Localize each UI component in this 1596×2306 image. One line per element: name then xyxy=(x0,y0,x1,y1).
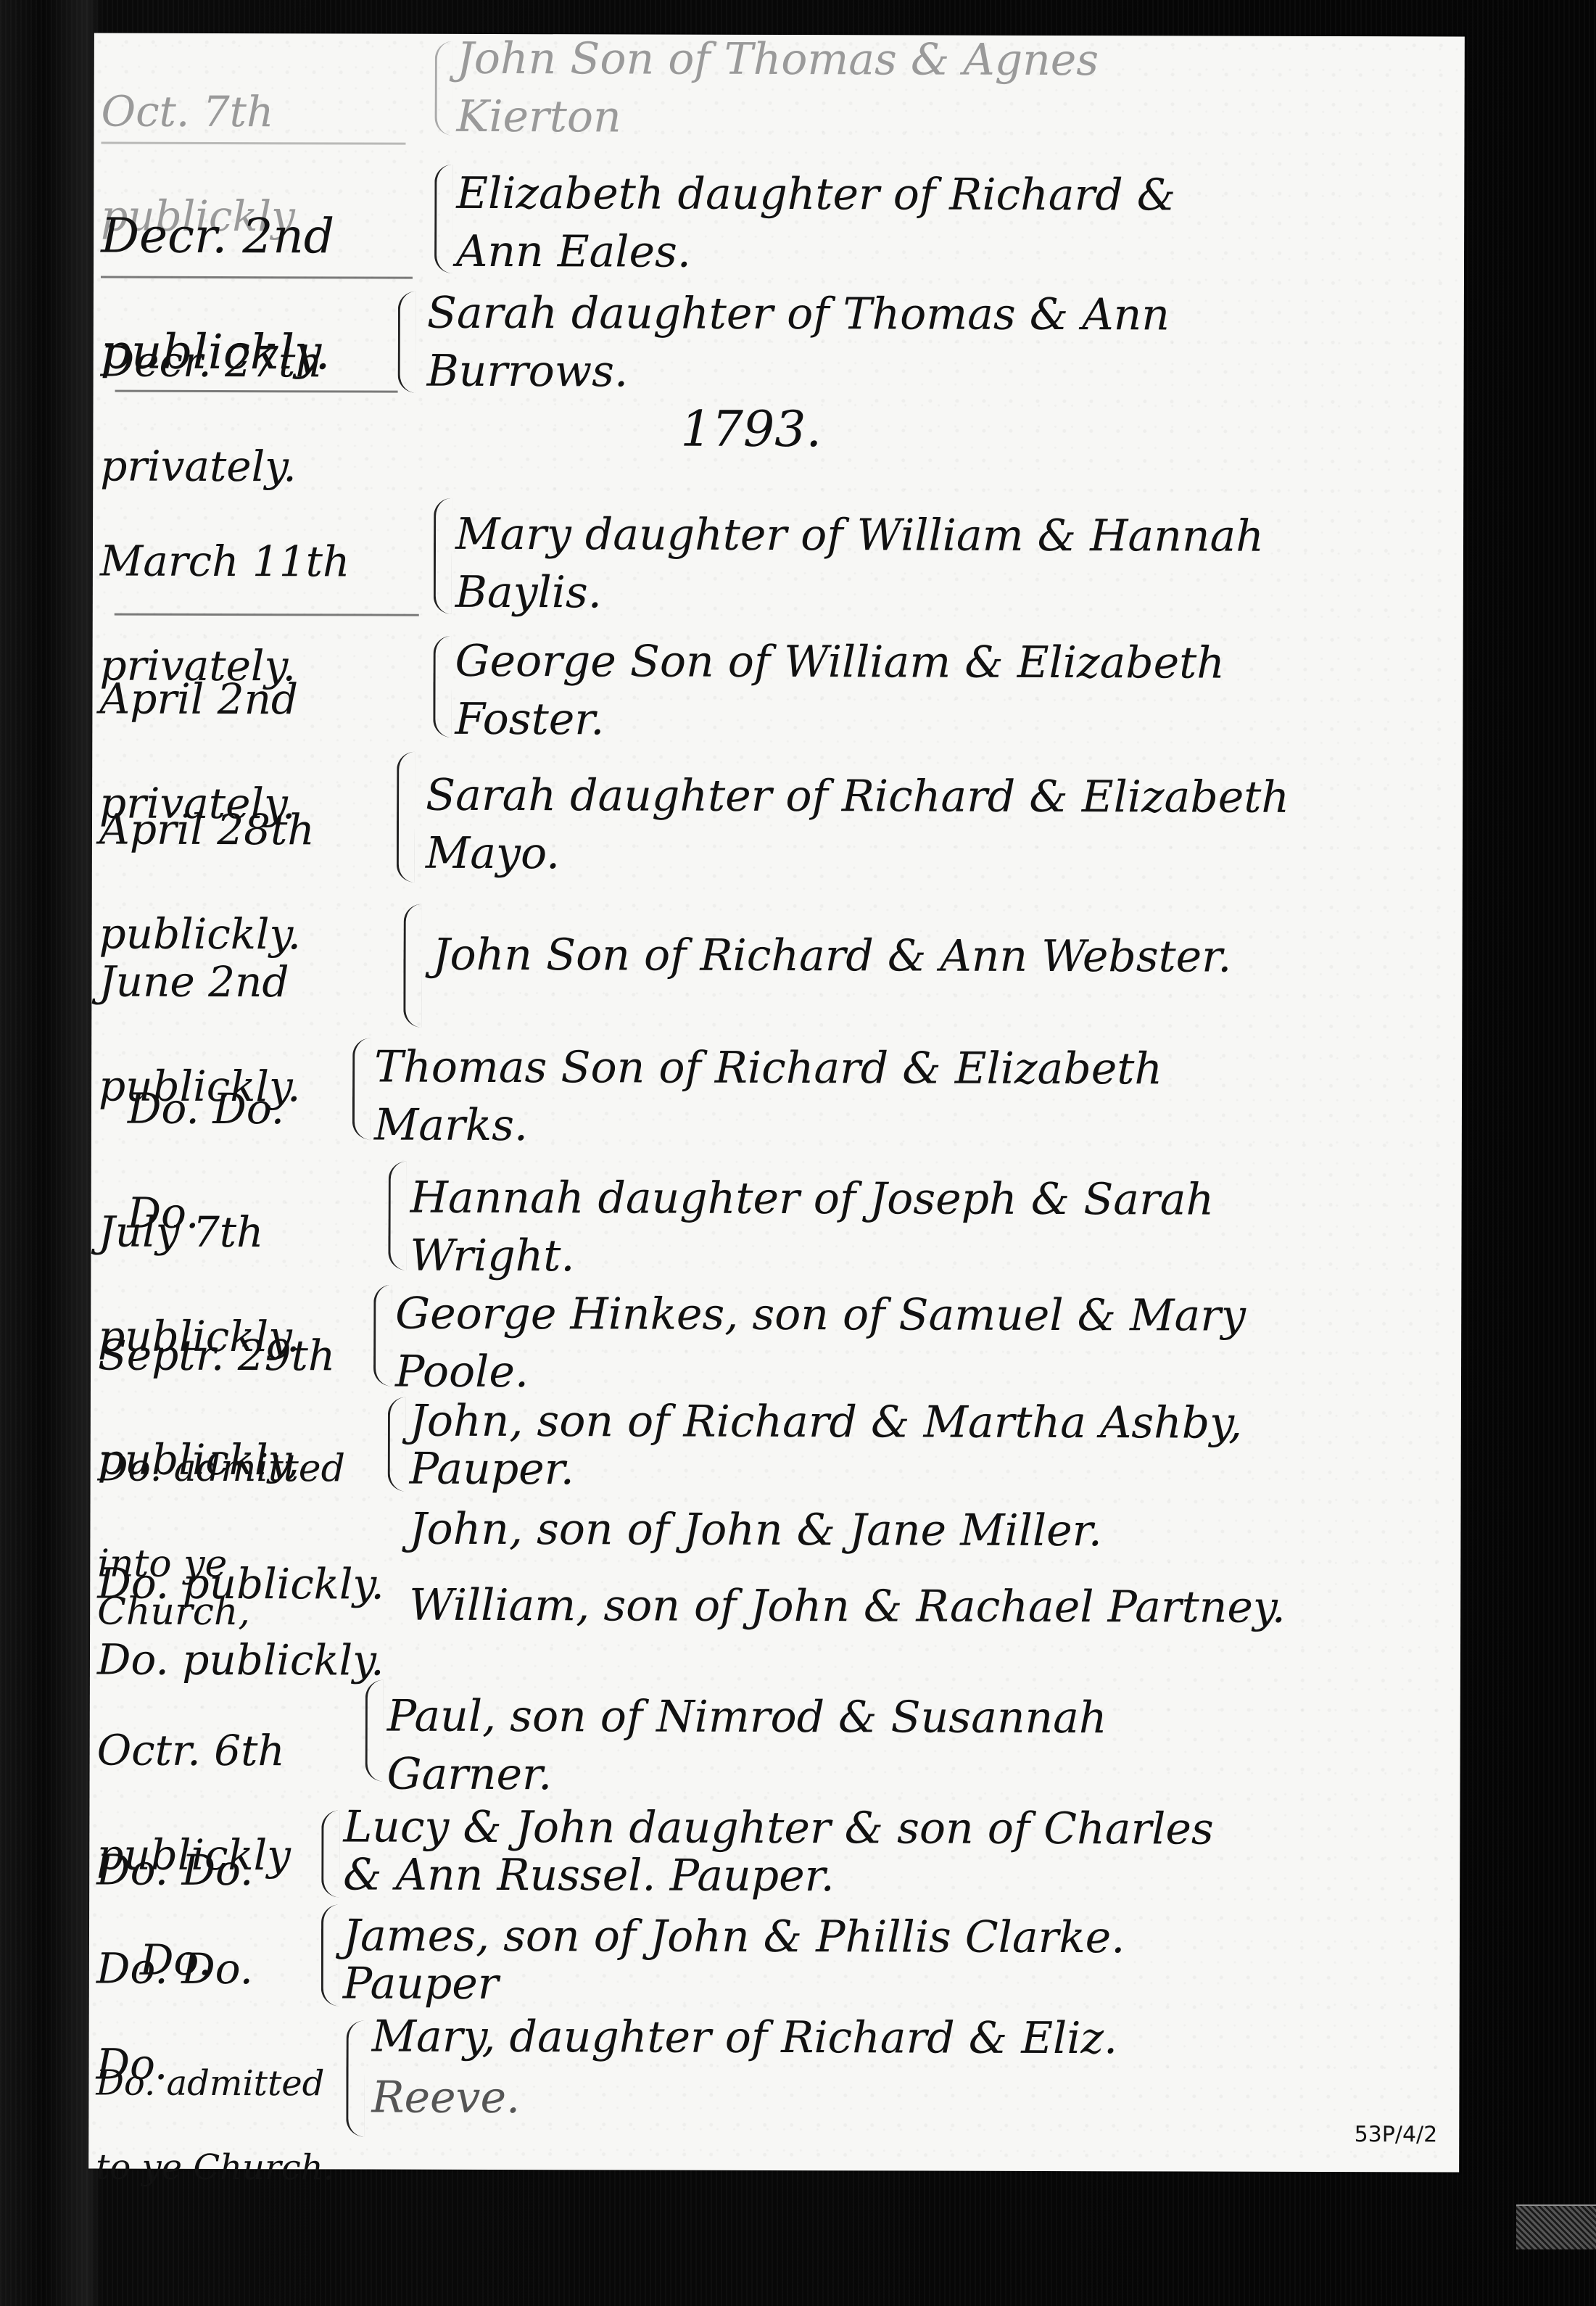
entry-text: John Son of Richard & Ann Webster. xyxy=(432,926,1231,986)
register-entry: Decr. 27th privately. Sarah daughter of … xyxy=(94,284,1464,287)
register-page: Oct. 7th publickly John Son of Thomas & … xyxy=(88,33,1465,2173)
entry-line-2: Mayo. xyxy=(426,825,1289,885)
entry-line-1: George Son of William & Elizabeth xyxy=(455,636,1225,689)
year-heading: 1793. xyxy=(680,401,822,459)
entry-line-1: John, son of Richard & Martha Ashby, xyxy=(410,1396,1243,1449)
bracket xyxy=(434,165,452,273)
entry-line-2: & Ann Russel. Pauper. xyxy=(343,1851,1213,1901)
entry-line-2: Reeve. xyxy=(371,2067,1117,2131)
entry-text: Mary daughter of William & Hannah Baylis… xyxy=(455,505,1264,624)
register-entry: Decr. 2nd publickly. Elizabeth daughter … xyxy=(94,149,1464,153)
entry-text: John, son of Richard & Martha Ashby, Pau… xyxy=(410,1397,1243,1495)
entry-line-1: George Hinkes, son of Samuel & Mary xyxy=(395,1289,1246,1342)
bracket xyxy=(388,1162,406,1270)
entry-line-1: John, son of John & Jane Miller. xyxy=(409,1504,1102,1557)
date-text: Decr. 27th xyxy=(101,337,323,387)
date-text: Do. Do. xyxy=(96,1846,253,1896)
entry-text: William, son of John & Rachael Partney. xyxy=(409,1576,1286,1637)
bracket xyxy=(321,1904,339,2006)
date-text: Octr. 6th xyxy=(97,1726,285,1776)
entry-text: George Son of William & Elizabeth Foster… xyxy=(455,632,1225,751)
date-text: Do. admitted xyxy=(98,1447,345,1491)
entry-date: Do. admitted to ye Church. xyxy=(96,2020,386,2189)
bracket xyxy=(397,752,415,883)
register-entry: Do. publickly. John, son of John & Jane … xyxy=(91,1505,1461,1509)
bracket xyxy=(434,41,452,136)
register-entry: Do. admitted to ye Church. Mary, daughte… xyxy=(89,2020,1460,2024)
entry-text: John Son of Thomas & Agnes Kierton xyxy=(456,30,1099,147)
date-text: March 11th xyxy=(100,537,350,587)
date-text: Do. Do. xyxy=(96,1944,253,1994)
bracket xyxy=(352,1038,371,1139)
bracket xyxy=(346,2020,364,2136)
entry-line-2: Marks. xyxy=(374,1096,1162,1157)
bracket xyxy=(321,1810,339,1897)
entry-text: Sarah daughter of Richard & Elizabeth Ma… xyxy=(426,766,1289,885)
entry-line-1: Mary, daughter of Richard & Eliz. xyxy=(372,2012,1118,2065)
bracket xyxy=(388,1397,406,1492)
bracket xyxy=(365,1680,384,1782)
entry-line-1: Paul, son of Nimrod & Susannah xyxy=(387,1691,1107,1744)
entry-line-1: John Son of Richard & Ann Webster. xyxy=(432,930,1231,983)
catalog-reference: 53P/4/2 xyxy=(1355,2122,1438,2147)
register-entry: April 28th publickly. Sarah daughter of … xyxy=(92,751,1463,755)
date-text: Oct. 7th xyxy=(101,87,273,137)
entry-line-2: Baylis. xyxy=(455,563,1264,624)
date-text: April 28th xyxy=(99,805,315,855)
entry-line-2: Ann Eales. xyxy=(456,223,1175,283)
entry-line-1: Elizabeth daughter of Richard & xyxy=(456,168,1175,221)
entry-line-2: Wright. xyxy=(410,1227,1214,1287)
register-entry: Octr. 6th publickly Paul, son of Nimrod … xyxy=(90,1672,1460,1676)
date-text: Septr. 29th xyxy=(98,1331,335,1381)
register-entry: March 11th privately. Mary daughter of W… xyxy=(93,483,1463,487)
entry-date: Do. publickly. xyxy=(97,1582,387,1687)
entry-line-2: Pauper. xyxy=(410,1445,1242,1495)
register-entry: Do. admitted into ye Church, John, son o… xyxy=(91,1397,1461,1400)
entry-text: Hannah daughter of Joseph & Sarah Wright… xyxy=(410,1169,1214,1287)
register-entry: Do. publickly. William, son of John & Ra… xyxy=(90,1582,1460,1585)
entry-line-2: Foster. xyxy=(455,690,1225,751)
register-entry: June 2nd publickly. John Son of Richard … xyxy=(92,904,1463,907)
entry-line-1: Sarah daughter of Richard & Elizabeth xyxy=(426,770,1289,823)
bracket xyxy=(434,498,452,614)
entry-line-2: Pauper xyxy=(343,1959,1125,2009)
manner-text: to ye Church. xyxy=(96,2147,334,2189)
date-text: Do. Do. xyxy=(128,1084,284,1134)
binding-tab xyxy=(1516,2204,1596,2249)
register-entry: Do. Do. Do. Thomas Son of Richard & Eliz… xyxy=(91,1030,1462,1034)
entry-line-2: Garner. xyxy=(386,1745,1107,1806)
entry-line-2: Kierton xyxy=(456,88,1099,147)
date-text: Decr. 2nd xyxy=(101,208,334,265)
date-text: July 7th xyxy=(98,1207,263,1257)
entry-line-1: William, son of John & Rachael Partney. xyxy=(409,1580,1286,1633)
entry-text: James, son of John & Phillis Clarke. Pau… xyxy=(343,1912,1125,2009)
entry-line-2: Poole. xyxy=(395,1343,1246,1403)
entry-text: Sarah daughter of Thomas & Ann Burrows. xyxy=(427,284,1170,402)
entry-text: John, son of John & Jane Miller. xyxy=(409,1500,1102,1561)
entry-text: Mary, daughter of Richard & Eliz. Reeve. xyxy=(371,2007,1117,2131)
entry-line-1: Thomas Son of Richard & Elizabeth xyxy=(374,1042,1162,1095)
entry-text: Thomas Son of Richard & Elizabeth Marks. xyxy=(374,1038,1162,1157)
entry-line-2: Burrows. xyxy=(427,342,1170,402)
entry-date: Decr. 27th privately. xyxy=(100,284,391,493)
date-text: June 2nd xyxy=(99,957,289,1007)
bracket xyxy=(373,1285,392,1387)
entry-line-1: James, son of John & Phillis Clarke. xyxy=(343,1910,1125,1963)
entry-text: Lucy & John daughter & son of Charles & … xyxy=(343,1803,1214,1901)
entry-line-1: Mary daughter of William & Hannah xyxy=(455,509,1264,562)
date-text: April 2nd xyxy=(99,674,298,724)
entry-text: Paul, son of Nimrod & Susannah Garner. xyxy=(386,1687,1107,1806)
entry-text: George Hinkes, son of Samuel & Mary Pool… xyxy=(395,1285,1246,1403)
bracket xyxy=(398,292,416,393)
entry-line-1: Sarah daughter of Thomas & Ann xyxy=(427,288,1170,341)
entry-line-1: Lucy & John daughter & son of Charles xyxy=(343,1801,1214,1854)
bracket xyxy=(433,636,451,737)
date-text: Do. admitted xyxy=(96,2063,324,2104)
entry-text: Elizabeth daughter of Richard & Ann Eale… xyxy=(456,165,1175,283)
bracket xyxy=(403,904,421,1028)
register-entry: Do. Do. Do. Lucy & John daughter & son o… xyxy=(89,1803,1460,1806)
entry-line-2 xyxy=(432,984,1231,986)
entry-line-1: Hannah daughter of Joseph & Sarah xyxy=(410,1173,1215,1226)
entry-line-1: John Son of Thomas & Agnes xyxy=(457,33,1099,86)
